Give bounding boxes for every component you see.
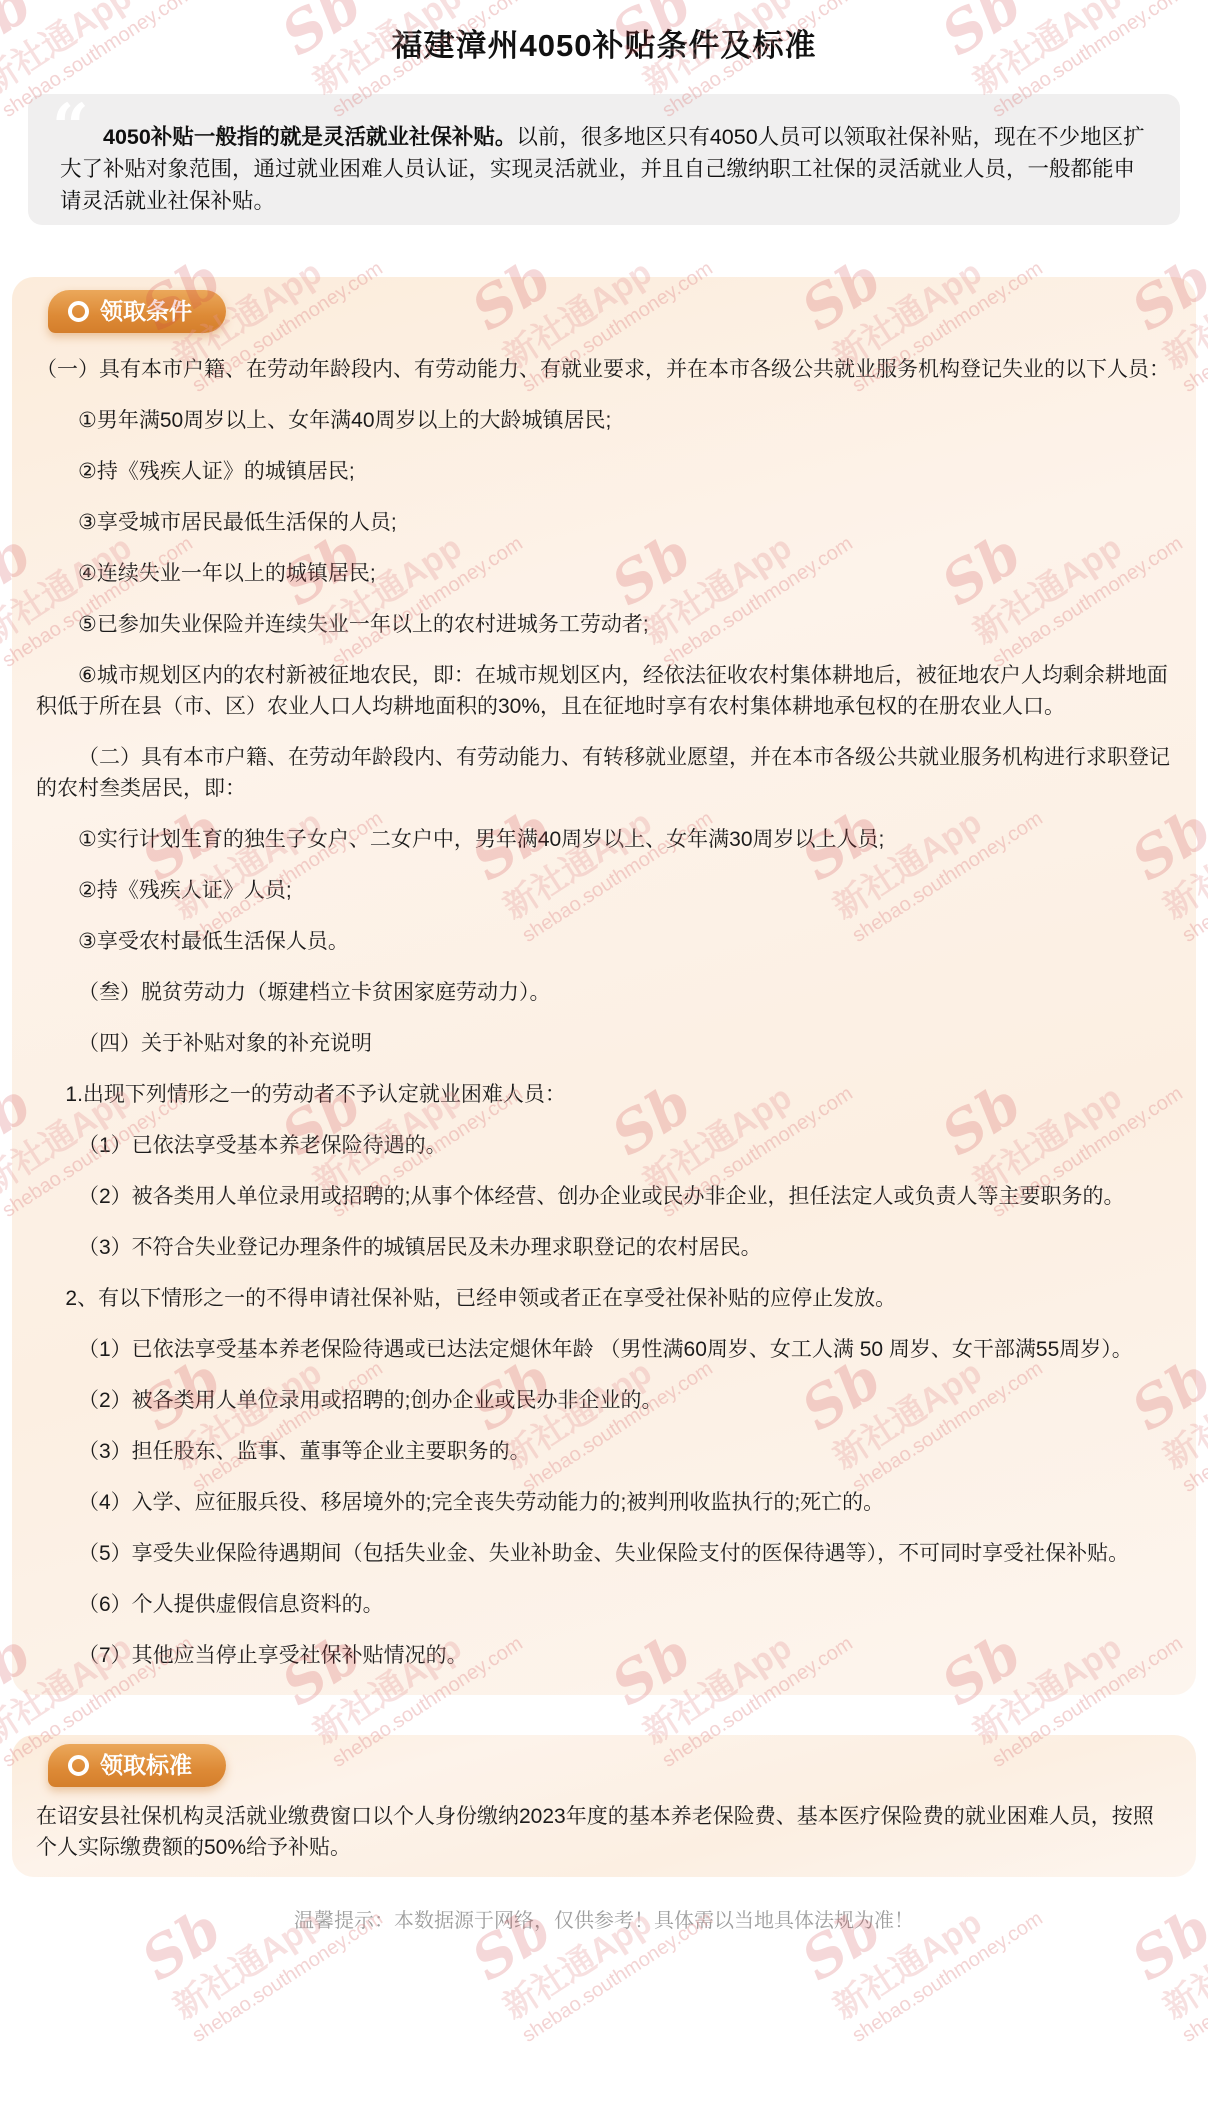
paragraph: ③享受农村最低生活保人员。 [36, 926, 1172, 957]
section-conditions: 领取条件 （一）具有本市户籍、在劳动年龄段内、有劳动能力、有就业要求，并在本市各… [12, 277, 1196, 1695]
standard-paragraphs: 在诏安县社保机构灵活就业缴费窗口以个人身份缴纳2023年度的基本养老保险费、基本… [36, 1801, 1172, 1863]
intro-box: “ 4050补贴一般指的就是灵活就业社保补贴。以前，很多地区只有4050人员可以… [28, 94, 1180, 225]
section-standard: 领取标准 在诏安县社保机构灵活就业缴费窗口以个人身份缴纳2023年度的基本养老保… [12, 1735, 1196, 1877]
intro-paragraph: 4050补贴一般指的就是灵活就业社保补贴。以前，很多地区只有4050人员可以领取… [60, 121, 1148, 217]
paragraph: （6）个人提供虚假信息资料的。 [36, 1589, 1172, 1620]
paragraph: （5）享受失业保险待遇期间（包括失业金、失业补助金、失业保险支付的医保待遇等），… [36, 1538, 1172, 1569]
paragraph: ②持《残疾人证》的城镇居民; [36, 456, 1172, 487]
paragraph: （4）入学、应征服兵役、移居境外的;完全丧失劳动能力的;被判刑收监执行的;死亡的… [36, 1487, 1172, 1518]
circle-ring-icon [68, 1755, 89, 1776]
paragraph: （3）不符合失业登记办理条件的城镇居民及未办理求职登记的农村居民。 [36, 1232, 1172, 1263]
paragraph: ④连续失业一年以上的城镇居民; [36, 558, 1172, 589]
paragraph: （叁）脱贫劳动力（塬建档立卡贫困家庭劳动力）。 [36, 977, 1172, 1008]
paragraph: （3）担任股东、监事、董事等企业主要职务的。 [36, 1436, 1172, 1467]
paragraph: （1）已依法享受基本养老保险待遇或已达法定煺休年龄 （男性满60周岁、女工人满 … [36, 1334, 1172, 1365]
paragraph: ①男年满50周岁以上、女年满40周岁以上的大龄城镇居民; [36, 405, 1172, 436]
paragraph: 1.出现下列情形之一的劳动者不予认定就业困难人员： [36, 1079, 1172, 1110]
conditions-badge: 领取条件 [48, 290, 226, 333]
quote-icon: “ [52, 96, 89, 160]
paragraph: ⑤已参加失业保险并连续失业一年以上的农村进城务工劳动者; [36, 609, 1172, 640]
paragraph: 在诏安县社保机构灵活就业缴费窗口以个人身份缴纳2023年度的基本养老保险费、基本… [36, 1801, 1172, 1863]
paragraph: （2）被各类用人单位录用或招聘的;创办企业或民办非企业的。 [36, 1385, 1172, 1416]
paragraph: （2）被各类用人单位录用或招聘的;从事个体经营、创办企业或民办非企业，担任法定人… [36, 1181, 1172, 1212]
paragraph: ②持《残疾人证》人员; [36, 875, 1172, 906]
circle-ring-icon [68, 301, 89, 322]
paragraph: （1）已依法享受基本养老保险待遇的。 [36, 1130, 1172, 1161]
paragraph: （一）具有本市户籍、在劳动年龄段内、有劳动能力、有就业要求，并在本市各级公共就业… [36, 354, 1172, 385]
paragraph: ⑥城市规划区内的农村新被征地农民，即：在城市规划区内，经依法征收农村集体耕地后，… [36, 660, 1172, 722]
paragraph: ③享受城市居民最低生活保的人员; [36, 507, 1172, 538]
intro-lead: 4050补贴一般指的就是灵活就业社保补贴。 [103, 125, 516, 149]
conditions-paragraphs: （一）具有本市户籍、在劳动年龄段内、有劳动能力、有就业要求，并在本市各级公共就业… [36, 354, 1172, 1671]
paragraph: （四）关于补贴对象的补充说明 [36, 1028, 1172, 1059]
page-title: 福建漳州4050补贴条件及标准 [0, 24, 1208, 68]
paragraph: （二）具有本市户籍、在劳动年龄段内、有劳动能力、有转移就业愿望，并在本市各级公共… [36, 742, 1172, 804]
paragraph: 2、有以下情形之一的不得申请社保补贴，已经申领或者正在享受社保补贴的应停止发放。 [36, 1283, 1172, 1314]
standard-badge-label: 领取标准 [100, 1752, 192, 1778]
paragraph: （7）其他应当停止享受社保补贴情况的。 [36, 1640, 1172, 1671]
footer-disclaimer: 温馨提示：本数据源于网络，仅供参考！具体需以当地具体法规为准！ [0, 1907, 1208, 1935]
standard-badge: 领取标准 [48, 1744, 226, 1787]
conditions-badge-label: 领取条件 [100, 298, 192, 324]
paragraph: ①实行计划生育的独生子女户、二女户中，男年满40周岁以上、女年满30周岁以上人员… [36, 824, 1172, 855]
